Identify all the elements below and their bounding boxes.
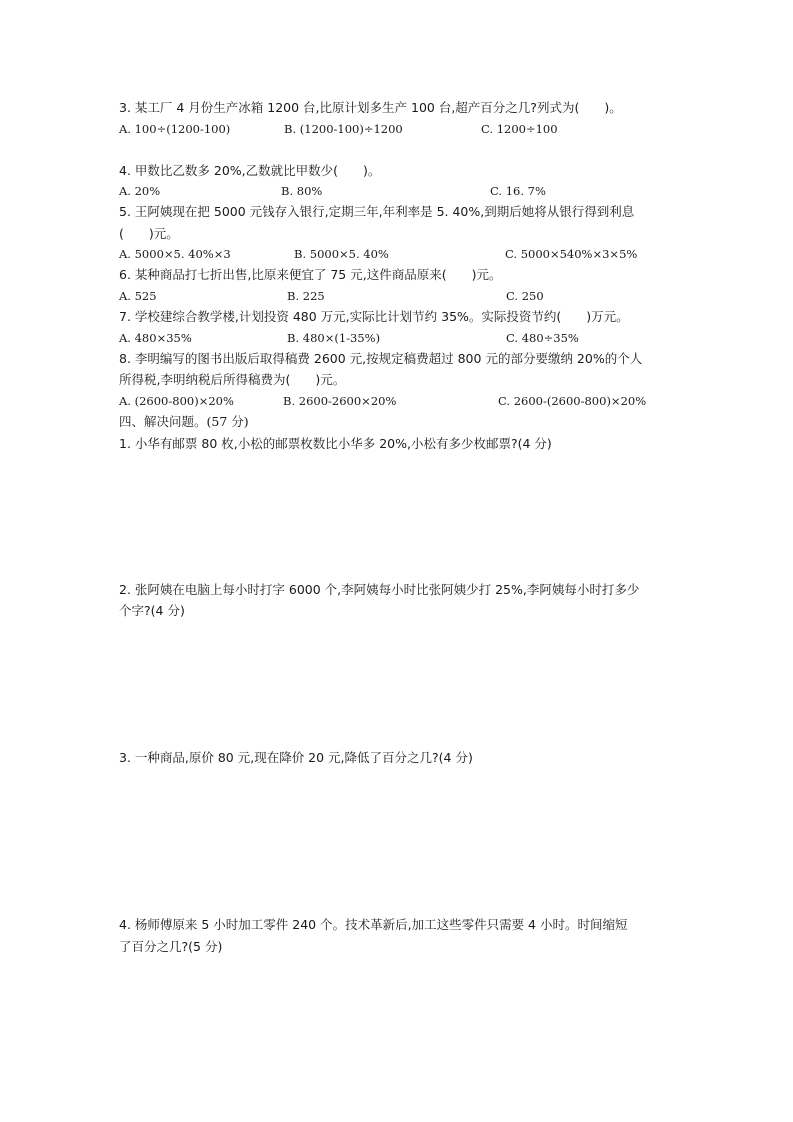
question-8-option-a: A. (2600-800)×20% [119,393,234,409]
question-6-text: 6. 某种商品打七折出售,比原来便宜了 75 元,这件商品原来( )元。 [119,267,501,283]
question-8-text-line-2: 所得税,李明纳税后所得稿费为( )元。 [119,372,345,388]
problem-1-text: 1. 小华有邮票 80 枚,小松的邮票枚数比小华多 20%,小松有多少枚邮票?(… [119,436,552,452]
section-title: 四、解决问题。(57 分) [119,414,249,430]
question-4-text: 4. 甲数比乙数多 20%,乙数就比甲数少( )。 [119,163,380,179]
question-8-option-c: C. 2600-(2600-800)×20% [498,393,646,409]
question-5-text-line-1: 5. 王阿姨现在把 5000 元钱存入银行,定期三年,年利率是 5. 40%,到… [119,204,634,220]
question-8-option-b: B. 2600-2600×20% [283,393,396,409]
question-4-option-a: A. 20% [119,183,160,199]
question-7-text: 7. 学校建综合教学楼,计划投资 480 万元,实际比计划节约 35%。实际投资… [119,309,629,325]
question-3-option-b: B. (1200-100)÷1200 [284,121,403,137]
question-6-option-a: A. 525 [119,288,157,304]
question-8-text-line-1: 8. 李明编写的图书出版后取得稿费 2600 元,按规定稿费超过 800 元的部… [119,351,642,367]
question-3-text: 3. 某工厂 4 月份生产冰箱 1200 台,比原计划多生产 100 台,超产百… [119,100,622,116]
problem-2-text-line-1: 2. 张阿姨在电脑上每小时打字 6000 个,李阿姨每小时比张阿姨少打 25%,… [119,582,639,598]
question-5-option-a: A. 5000×5. 40%×3 [119,246,231,262]
problem-2-text-line-2: 个字?(4 分) [119,603,185,619]
question-4-option-b: B. 80% [281,183,322,199]
question-4-option-c: C. 16. 7% [490,183,546,199]
question-6-option-b: B. 225 [287,288,325,304]
question-7-option-a: A. 480×35% [119,330,192,346]
question-7-option-c: C. 480÷35% [506,330,579,346]
problem-3-text: 3. 一种商品,原价 80 元,现在降价 20 元,降低了百分之几?(4 分) [119,750,473,766]
question-5-text-line-2: ( )元。 [119,226,179,242]
problem-4-text-line-2: 了百分之几?(5 分) [119,939,222,955]
question-3-option-a: A. 100÷(1200-100) [119,121,230,137]
question-7-option-b: B. 480×(1-35%) [287,330,380,346]
question-3-option-c: C. 1200÷100 [481,121,558,137]
question-6-option-c: C. 250 [506,288,544,304]
problem-4-text-line-1: 4. 杨师傅原来 5 小时加工零件 240 个。技术革新后,加工这些零件只需要 … [119,917,627,933]
question-5-option-c: C. 5000×540%×3×5% [505,246,637,262]
question-5-option-b: B. 5000×5. 40% [294,246,389,262]
